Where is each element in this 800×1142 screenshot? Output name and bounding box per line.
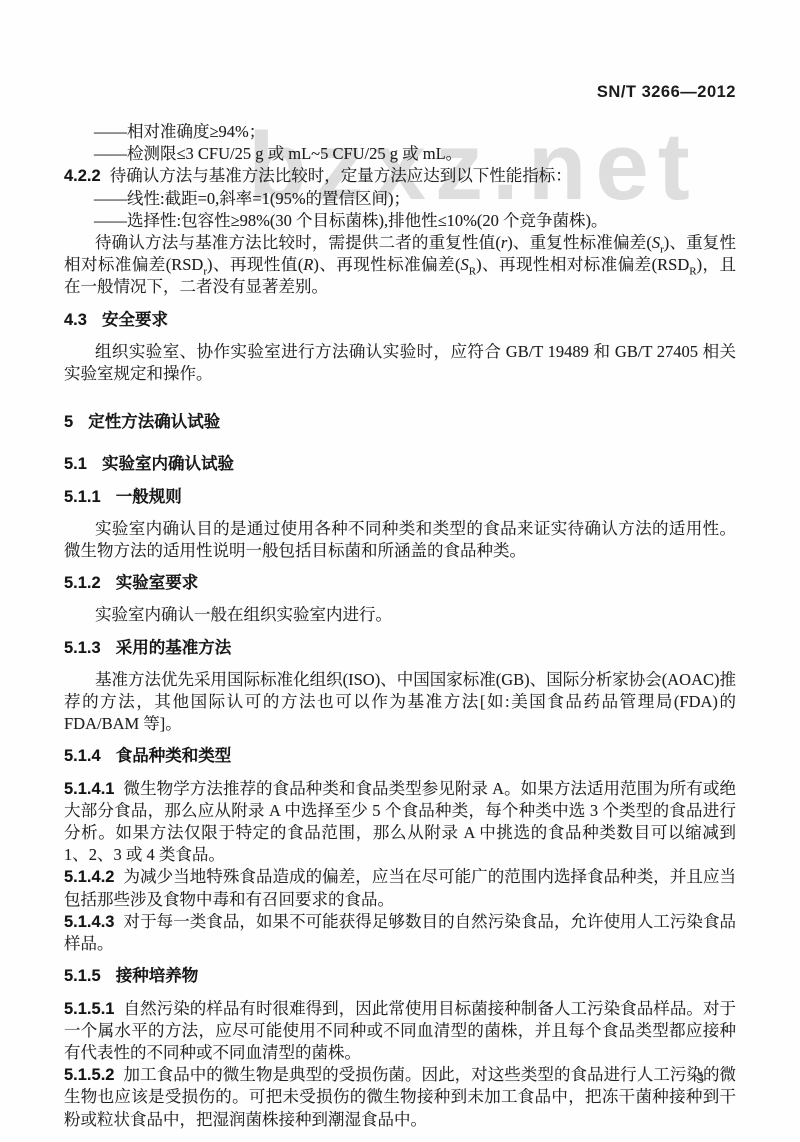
clause-number: 5.1.4 xyxy=(64,747,101,765)
block-text: ——相对准确度≥94%； xyxy=(94,122,265,141)
block-text: 加工食品中的微生物是典型的受损伤菌。因此，对这些类型的食品进行人工污染的微生物也… xyxy=(64,1065,736,1128)
block-text: 实验室内确认目的是通过使用各种不同种类和类型的食品来证实待确认方法的适用性。微生… xyxy=(64,519,736,560)
clause-number: 5.1.4.3 xyxy=(64,913,114,931)
block-text: 安全要求 xyxy=(102,311,168,329)
subsection-heading: 5.1.2实验室要求 xyxy=(64,572,736,594)
block-text: 采用的基准方法 xyxy=(116,639,232,657)
block-text: 组织实验室、协作实验室进行方法确认实验时，应符合 GB/T 19489 和 GB… xyxy=(64,342,736,383)
dash-list-item: ——检测限≤3 CFU/25 g 或 mL~5 CFU/25 g 或 mL。 xyxy=(64,143,736,165)
block-text: 接种培养物 xyxy=(116,967,199,985)
clause-number: 5.1.1 xyxy=(64,488,101,506)
block-text: 自然污染的样品有时很难得到，因此常使用目标菌接种制备人工污染食品样品。对于一个属… xyxy=(64,999,736,1062)
clause-paragraph: 5.1.4.1微生物学方法推荐的食品种类和食品类型参见附录 A。如果方法适用范围… xyxy=(64,778,736,867)
block-text: 基准方法优先采用国际标准化组织(ISO)、中国国家标准(GB)、国际分析家协会(… xyxy=(64,670,736,733)
clause-number: 5 xyxy=(64,413,73,431)
block-text: 一般规则 xyxy=(116,488,182,506)
clause-paragraph: 5.1.5.1自然污染的样品有时很难得到，因此常使用目标菌接种制备人工污染食品样… xyxy=(64,998,736,1065)
document-body: ——相对准确度≥94%；——检测限≤3 CFU/25 g 或 mL~5 CFU/… xyxy=(64,121,736,1131)
block-text: 实验室要求 xyxy=(116,574,199,592)
block-text: 待确认方法与基准方法比较时，需提供二者的重复性值(r)、重复性标准偏差(Sr)、… xyxy=(64,233,736,296)
subsection-heading: 5.1.1一般规则 xyxy=(64,486,736,508)
clause-paragraph: 5.1.4.2为减少当地特殊食品造成的偏差，应当在尽可能广的范围内选择食品种类，… xyxy=(64,866,736,910)
section-heading: 5.1实验室内确认试验 xyxy=(64,453,736,475)
subsection-heading: 5.1.3采用的基准方法 xyxy=(64,637,736,659)
page-number: 3 xyxy=(697,1071,704,1088)
body-paragraph: 实验室内确认目的是通过使用各种不同种类和类型的食品来证实待确认方法的适用性。微生… xyxy=(64,518,736,562)
block-text: ——检测限≤3 CFU/25 g 或 mL~5 CFU/25 g 或 mL。 xyxy=(94,144,462,163)
clause-number: 5.1 xyxy=(64,455,87,473)
body-paragraph: 待确认方法与基准方法比较时，需提供二者的重复性值(r)、重复性标准偏差(Sr)、… xyxy=(64,232,736,299)
block-text: ——选择性:包容性≥98%(30 个目标菌株),排他性≤10%(20 个竞争菌株… xyxy=(94,211,608,230)
document-page: bzxz.net SN/T 3266—2012 ——相对准确度≥94%；——检测… xyxy=(0,0,800,1142)
subsection-heading: 5.1.4食品种类和类型 xyxy=(64,745,736,767)
clause-number: 5.1.5 xyxy=(64,967,101,985)
body-paragraph: 实验室内确认一般在组织实验室内进行。 xyxy=(64,604,736,626)
clause-number: 5.1.4.2 xyxy=(64,868,114,886)
clause-number: 5.1.2 xyxy=(64,574,101,592)
dash-list-item: ——选择性:包容性≥98%(30 个目标菌株),排他性≤10%(20 个竞争菌株… xyxy=(64,210,736,232)
block-text: 对于每一类食品，如果不可能获得足够数目的自然污染食品，允许使用人工污染食品样品。 xyxy=(64,912,736,953)
body-paragraph: 组织实验室、协作实验室进行方法确认实验时，应符合 GB/T 19489 和 GB… xyxy=(64,341,736,385)
block-text: 待确认方法与基准方法比较时，定量方法应达到以下性能指标： xyxy=(110,166,572,185)
subsection-heading: 5.1.5接种培养物 xyxy=(64,965,736,987)
dash-list-item: ——相对准确度≥94%； xyxy=(64,121,736,143)
block-text: ——线性:截距=0,斜率=1(95%的置信区间)； xyxy=(94,189,410,208)
block-text: 实验室内确认一般在组织实验室内进行。 xyxy=(95,605,392,624)
clause-paragraph: 5.1.4.3对于每一类食品，如果不可能获得足够数目的自然污染食品，允许使用人工… xyxy=(64,911,736,955)
subsection-heading: 4.3安全要求 xyxy=(64,309,736,331)
block-text: 定性方法确认试验 xyxy=(88,413,220,431)
dash-list-item: ——线性:截距=0,斜率=1(95%的置信区间)； xyxy=(64,188,736,210)
body-paragraph: 基准方法优先采用国际标准化组织(ISO)、中国国家标准(GB)、国际分析家协会(… xyxy=(64,669,736,736)
block-text: 食品种类和类型 xyxy=(116,747,232,765)
block-text: 实验室内确认试验 xyxy=(102,455,234,473)
chapter-heading: 5定性方法确认试验 xyxy=(64,411,736,433)
clause-number: 5.1.5.1 xyxy=(64,1000,114,1018)
clause-number: 5.1.4.1 xyxy=(64,780,114,798)
clause-paragraph: 4.2.2待确认方法与基准方法比较时，定量方法应达到以下性能指标： xyxy=(64,165,736,187)
clause-number: 4.2.2 xyxy=(64,167,101,185)
clause-number: 5.1.3 xyxy=(64,639,101,657)
clause-number: 5.1.5.2 xyxy=(64,1066,114,1084)
clause-paragraph: 5.1.5.2加工食品中的微生物是典型的受损伤菌。因此，对这些类型的食品进行人工… xyxy=(64,1064,736,1131)
clause-number: 4.3 xyxy=(64,311,87,329)
block-text: 为减少当地特殊食品造成的偏差，应当在尽可能广的范围内选择食品种类，并且应当包括那… xyxy=(64,867,736,908)
block-text: 微生物学方法推荐的食品种类和食品类型参见附录 A。如果方法适用范围为所有或绝大部… xyxy=(64,779,736,865)
standard-number-header: SN/T 3266—2012 xyxy=(597,83,736,102)
